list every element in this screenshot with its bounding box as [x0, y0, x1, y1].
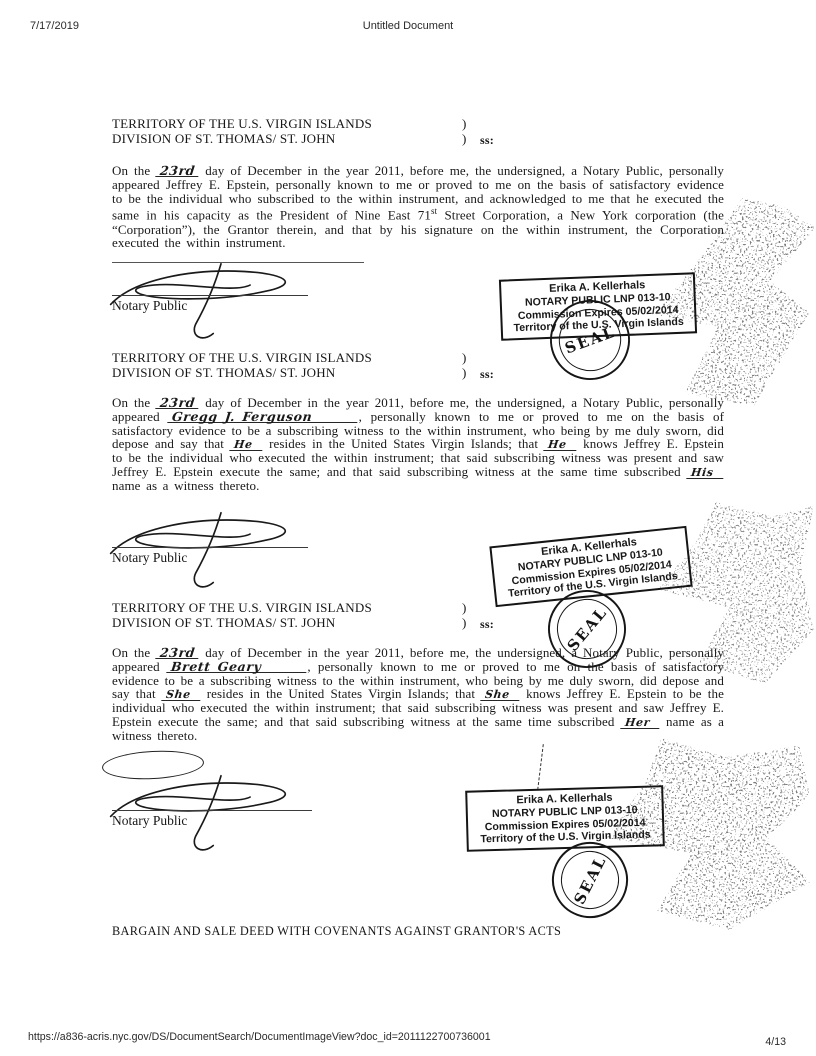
handwritten-date: 23rd [155, 647, 200, 659]
print-footer-url: https://a836-acris.nyc.gov/DS/DocumentSe… [28, 1031, 491, 1043]
acknowledgment-paragraph-2: On the 23rd day of December in the year … [112, 396, 724, 493]
ss-abbreviation: ss: [480, 133, 494, 148]
paren-icon: ) [462, 615, 467, 630]
paragraph-text: resides in the United States Virgin Isla… [201, 686, 482, 701]
handwritten-date: 23rd [155, 165, 200, 177]
handwritten-pronoun: She [161, 689, 201, 701]
paren-icon: ) [462, 350, 467, 365]
handwritten-witness-name: Brett Geary [166, 661, 308, 673]
territory-line2: DIVISION OF ST. THOMAS/ ST. JOHN [112, 131, 724, 146]
paragraph-text: resides in the United States Virgin Isla… [263, 436, 545, 451]
paragraph-text: On the [112, 645, 156, 660]
territory-line1: TERRITORY OF THE U.S. VIRGIN ISLANDS [112, 116, 724, 131]
paragraph-text: On the [112, 395, 156, 410]
signature-line [112, 295, 308, 296]
paren-icon: ) [462, 365, 467, 380]
ss-abbreviation: ss: [480, 367, 494, 382]
paragraph-text: On the [112, 163, 156, 178]
handwritten-pronoun: He [544, 439, 578, 451]
territory-heading-3: TERRITORY OF THE U.S. VIRGIN ISLANDS DIV… [112, 600, 724, 630]
territory-line1: TERRITORY OF THE U.S. VIRGIN ISLANDS [112, 350, 724, 365]
territory-heading-2: TERRITORY OF THE U.S. VIRGIN ISLANDS DIV… [112, 350, 724, 380]
deed-caption: BARGAIN AND SALE DEED WITH COVENANTS AGA… [112, 924, 561, 939]
signature-line [112, 810, 312, 811]
handwritten-pronoun: He [230, 439, 264, 451]
print-footer-page-number: 4/13 [765, 1036, 786, 1048]
handwritten-pronoun: She [480, 689, 520, 701]
handwritten-pronoun: Her [620, 717, 660, 729]
handwritten-witness-name: Gregg J. Ferguson [168, 411, 360, 423]
paren-icon: ) [462, 600, 467, 615]
territory-line1: TERRITORY OF THE U.S. VIRGIN ISLANDS [112, 600, 724, 615]
print-header-title: Untitled Document [0, 20, 816, 32]
handwritten-date: 23rd [155, 397, 200, 409]
scanned-document-page: 7/17/2019 Untitled Document TERRITORY OF… [0, 0, 816, 1056]
acknowledgment-paragraph-1: On the 23rd day of December in the year … [112, 164, 724, 250]
notary-public-label: Notary Public [112, 550, 187, 566]
stray-pen-mark [537, 744, 544, 790]
seal-label: SEAL [570, 853, 610, 908]
territory-heading-1: TERRITORY OF THE U.S. VIRGIN ISLANDS DIV… [112, 116, 724, 146]
scanner-smudge [598, 738, 810, 930]
acknowledgment-paragraph-3: On the 23rd day of December in the year … [112, 646, 724, 743]
handwritten-pronoun: His [687, 467, 725, 479]
notary-public-label: Notary Public [112, 298, 187, 314]
territory-line2: DIVISION OF ST. THOMAS/ ST. JOHN [112, 615, 724, 630]
seal-inner-ring: SEAL [551, 841, 628, 918]
signature-line [112, 547, 308, 548]
paren-icon: ) [462, 131, 467, 146]
notary-public-label: Notary Public [112, 813, 187, 829]
territory-line2: DIVISION OF ST. THOMAS/ ST. JOHN [112, 365, 724, 380]
paren-icon: ) [462, 116, 467, 131]
paragraph-text: name as a witness thereto. [112, 478, 260, 493]
ss-abbreviation: ss: [480, 617, 494, 632]
